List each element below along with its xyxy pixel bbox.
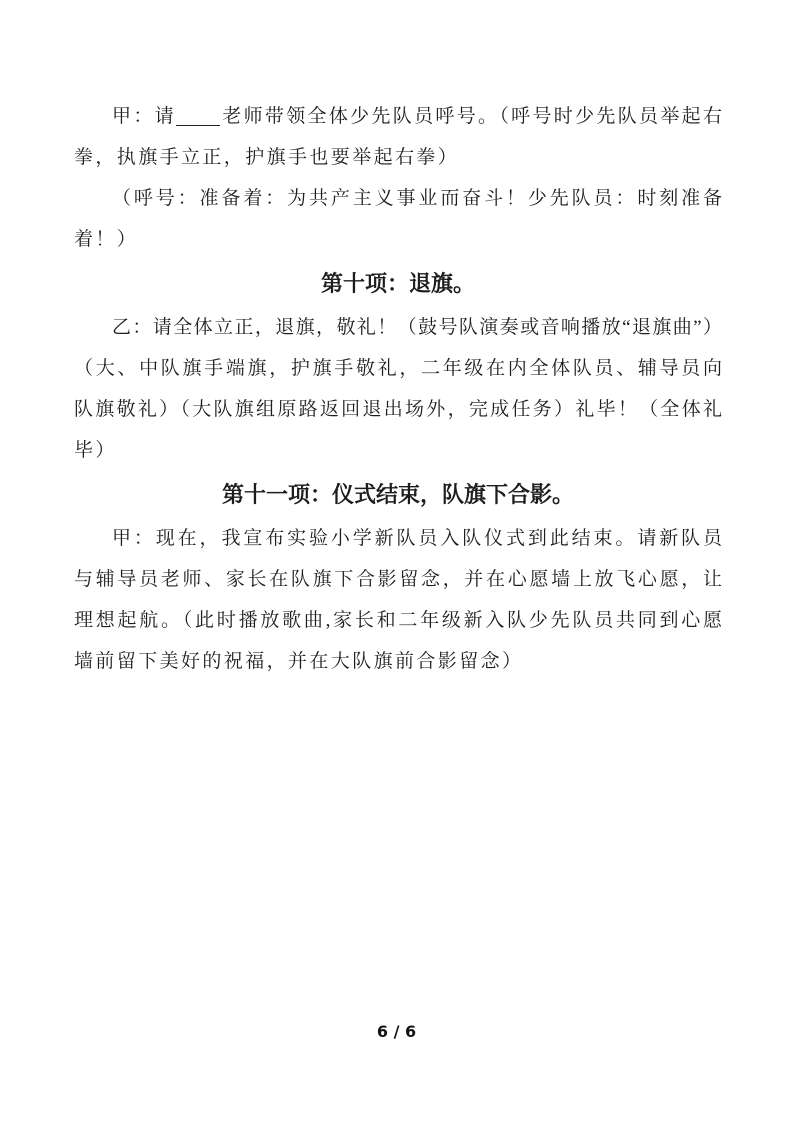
text-run: 甲：现在，我宣布实验小学新队员入队仪式到此结束。请新队员: [112, 528, 722, 549]
paragraph-line: 甲：现在，我宣布实验小学新队员入队仪式到此结束。请新队员: [74, 518, 722, 559]
paragraph: 甲：现在，我宣布实验小学新队员入队仪式到此结束。请新队员与辅导员老师、家长在队旗…: [74, 518, 722, 682]
paragraph-line: 乙：请全体立正，退旗，敬礼！（鼓号队演奏或音响播放“退旗曲”）: [74, 307, 722, 348]
text-run: 理想起航。（此时播放歌曲,家长和二年级新入队少先队员共同到心愿: [74, 610, 722, 631]
paragraph: 甲：请老师带领全体少先队员呼号。（呼号时少先队员举起右拳，执旗手立正，护旗手也要…: [74, 96, 722, 178]
page-number: 6 / 6: [0, 1022, 793, 1041]
paragraph-line: （呼号：准备着：为共产主义事业而奋斗！少先队员：时刻准备: [74, 178, 722, 219]
text-run: 墙前留下美好的祝福，并在大队旗前合影留念）: [74, 651, 523, 672]
text-run: （大、中队旗手端旗，护旗手敬礼，二年级在内全体队员、辅导员向: [74, 358, 722, 379]
paragraph-line: 墙前留下美好的祝福，并在大队旗前合影留念）: [74, 641, 722, 682]
paragraph: 乙：请全体立正，退旗，敬礼！（鼓号队演奏或音响播放“退旗曲”）（大、中队旗手端旗…: [74, 307, 722, 471]
document-content: 甲：请老师带领全体少先队员呼号。（呼号时少先队员举起右拳，执旗手立正，护旗手也要…: [74, 0, 722, 682]
paragraph: （呼号：准备着：为共产主义事业而奋斗！少先队员：时刻准备着！）: [74, 178, 722, 260]
text-run: 着！）: [74, 229, 138, 250]
text-run: 甲：请: [112, 106, 176, 127]
teacher-name-blank: [176, 125, 220, 126]
paragraph-line: 甲：请老师带领全体少先队员呼号。（呼号时少先队员举起右: [74, 96, 722, 137]
text-run: 拳，执旗手立正，护旗手也要举起右拳）: [74, 147, 459, 168]
paragraph-line: 着！）: [74, 219, 722, 260]
paragraph-line: 理想起航。（此时播放歌曲,家长和二年级新入队少先队员共同到心愿: [74, 600, 722, 641]
section-heading: 第十项：退旗。: [74, 260, 722, 307]
paragraph-line: 拳，执旗手立正，护旗手也要举起右拳）: [74, 137, 722, 178]
paragraph-line: （大、中队旗手端旗，护旗手敬礼，二年级在内全体队员、辅导员向: [74, 348, 722, 389]
text-run: 毕）: [74, 440, 117, 461]
text-run: 乙：请全体立正，退旗，敬礼！（鼓号队演奏或音响播放“退旗曲”）: [112, 317, 722, 338]
text-run: 与辅导员老师、家长在队旗下合影留念，并在心愿墙上放飞心愿，让: [74, 569, 722, 590]
text-run: 老师带领全体少先队员呼号。（呼号时少先队员举起右: [220, 106, 722, 127]
text-run: （呼号：准备着：为共产主义事业而奋斗！少先队员：时刻准备: [112, 188, 722, 209]
paragraph-line: 队旗敬礼）（大队旗组原路返回退出场外，完成任务）礼毕！（全体礼: [74, 389, 722, 430]
text-run: 队旗敬礼）（大队旗组原路返回退出场外，完成任务）礼毕！（全体礼: [74, 399, 722, 420]
document-page: 甲：请老师带领全体少先队员呼号。（呼号时少先队员举起右拳，执旗手立正，护旗手也要…: [0, 0, 793, 1122]
paragraph-line: 与辅导员老师、家长在队旗下合影留念，并在心愿墙上放飞心愿，让: [74, 559, 722, 600]
paragraph-line: 毕）: [74, 430, 722, 471]
section-heading: 第十一项：仪式结束，队旗下合影。: [74, 471, 722, 518]
